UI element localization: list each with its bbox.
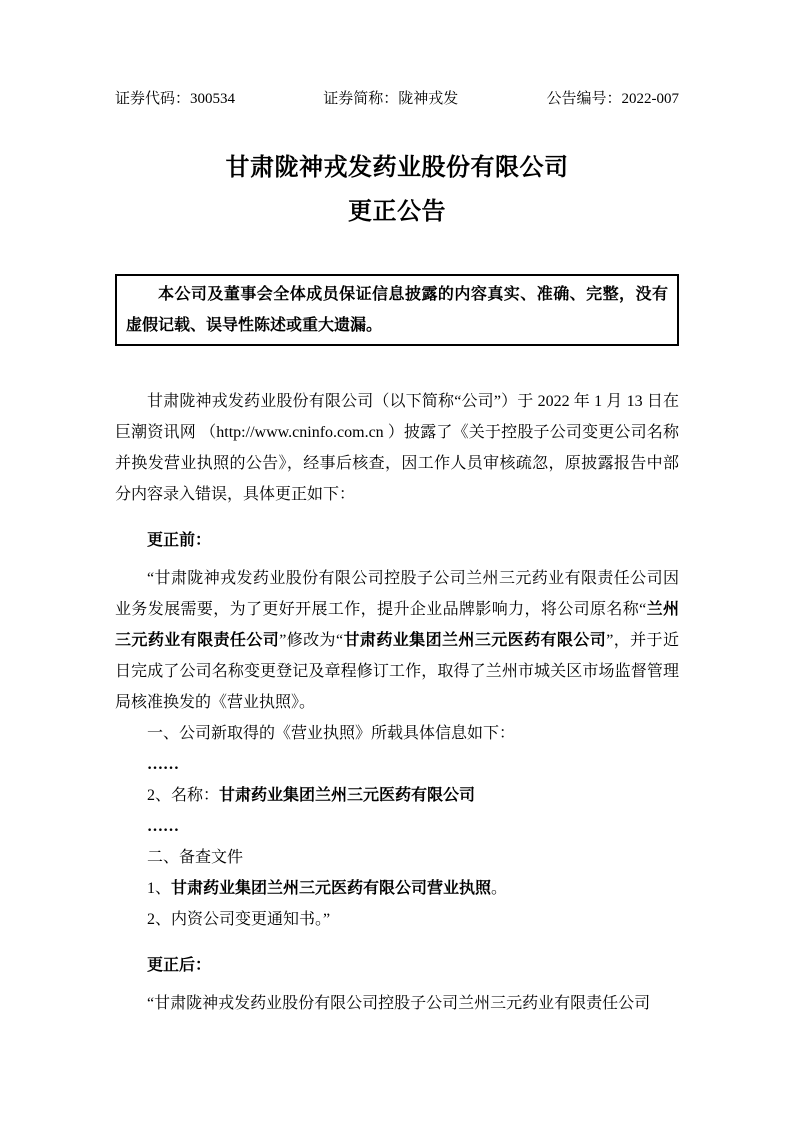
stock-code: 证券代码：300534 [115,88,235,110]
quote-text-run: ”修改为“ [279,632,343,649]
reference-docs-heading: 二、备查文件 [115,842,679,873]
quote-text-run: “甘肃陇神戎发药业股份有限公司控股子公司兰州三元药业有限责任公司因业务发展需要，… [115,570,679,618]
ellipsis-line: …… [115,811,679,842]
announcement-type-title: 更正公告 [115,190,679,234]
name-item-prefix: 2、名称： [147,787,219,804]
reference-doc-1-suffix: 。 [491,880,507,897]
new-company-name: 甘肃药业集团兰州三元医药有限公司 [343,632,606,649]
before-correction-paragraph: “甘肃陇神戎发药业股份有限公司控股子公司兰州三元药业有限责任公司因业务发展需要，… [115,563,679,718]
ellipsis-line: …… [115,749,679,780]
reference-doc-1-name: 甘肃药业集团兰州三元医药有限公司营业执照 [171,880,491,897]
reference-doc-1-prefix: 1、 [147,880,171,897]
announcement-number: 公告编号：2022-007 [547,88,680,110]
after-correction-heading: 更正后： [115,950,679,981]
license-info-heading: 一、公司新取得的《营业执照》所载具体信息如下： [115,718,679,749]
reference-doc-2: 2、内资公司变更通知书。” [115,904,679,935]
disclaimer-text: 本公司及董事会全体成员保证信息披露的内容真实、准确、完整，没有虚假记载、误导性陈… [126,279,668,341]
disclaimer-box: 本公司及董事会全体成员保证信息披露的内容真实、准确、完整，没有虚假记载、误导性陈… [115,274,679,346]
document-header: 证券代码：300534 证券简称：陇神戎发 公告编号：2022-007 [115,88,679,110]
intro-paragraph: 甘肃陇神戎发药业股份有限公司（以下简称“公司”）于 2022 年 1 月 13 … [115,386,679,510]
document-page: 证券代码：300534 证券简称：陇神戎发 公告编号：2022-007 甘肃陇神… [0,0,793,1122]
after-correction-paragraph: “甘肃陇神戎发药业股份有限公司控股子公司兰州三元药业有限责任公司 [115,988,679,1019]
name-item-value: 甘肃药业集团兰州三元医药有限公司 [219,787,475,804]
reference-doc-1: 1、甘肃药业集团兰州三元医药有限公司营业执照。 [115,873,679,904]
before-correction-heading: 更正前： [115,525,679,556]
stock-short-name: 证券简称：陇神戎发 [323,88,458,110]
name-item-line: 2、名称：甘肃药业集团兰州三元医药有限公司 [115,780,679,811]
company-name-title: 甘肃陇神戎发药业股份有限公司 [115,146,679,190]
